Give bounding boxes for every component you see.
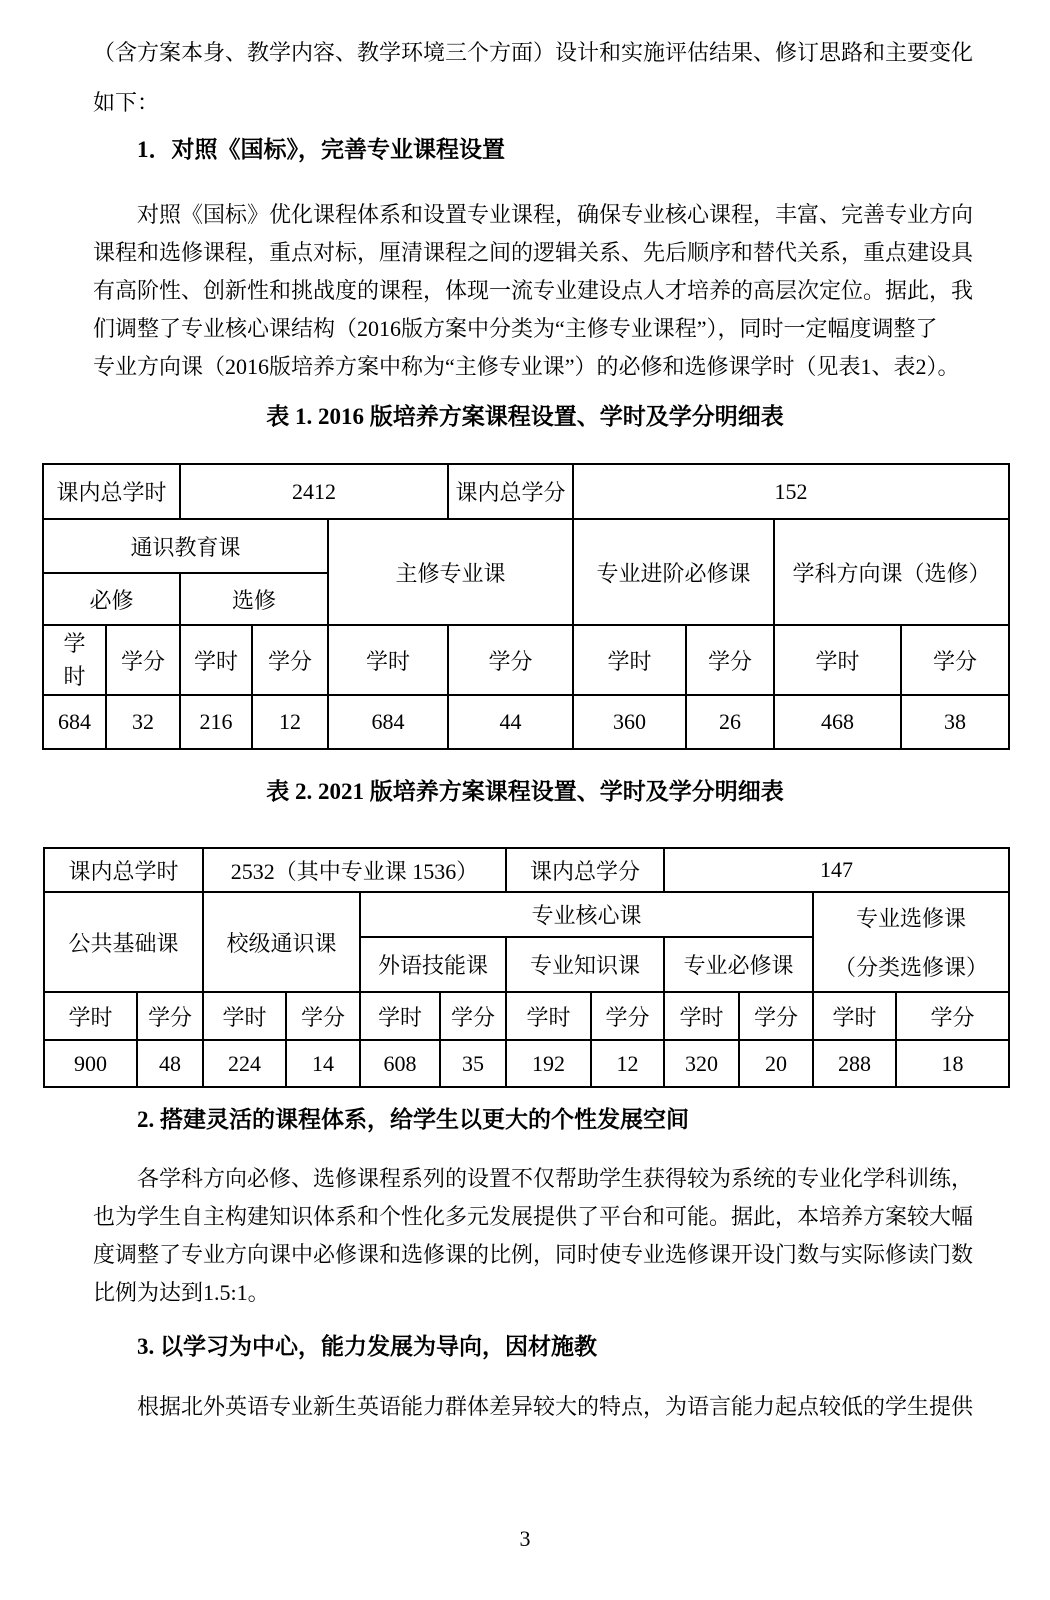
t2-value-cell: 192	[506, 1040, 591, 1087]
t2-sub-foreign-skills: 外语技能课	[360, 937, 506, 992]
t1-group-advanced-required: 专业进阶必修课	[573, 519, 774, 625]
t1-header-credits: 学分	[252, 625, 328, 695]
t2-header-hours: 学时	[664, 992, 739, 1040]
t2-header-hours: 学时	[813, 992, 896, 1040]
t2-major-elective-line2: （分类选修课）	[834, 951, 988, 982]
table-1: 课内总学时 2412 课内总学分 152 通识教育课 主修专业课 专业进阶必修课…	[42, 463, 1010, 750]
t2-group-major-core: 专业核心课	[360, 892, 813, 937]
t2-value-cell: 320	[664, 1040, 739, 1087]
t2-header-hours: 学时	[203, 992, 286, 1040]
section-3-heading: 3. 以学习为中心，能力发展为导向，因材施教	[137, 1328, 597, 1361]
t2-value-cell: 35	[440, 1040, 506, 1087]
t2-header-credits: 学分	[591, 992, 664, 1040]
t2-value-cell: 224	[203, 1040, 286, 1087]
t1-total-hours-value: 2412	[180, 464, 448, 519]
t1-value-cell: 360	[573, 695, 686, 749]
t2-value-cell: 900	[44, 1040, 137, 1087]
t2-total-credits-label: 课内总学分	[506, 848, 664, 892]
section-2-heading: 2. 搭建灵活的课程体系，给学生以更大的个性发展空间	[137, 1101, 689, 1134]
t2-value-cell: 18	[896, 1040, 1009, 1087]
section-1-heading: 1．对照《国标》，完善专业课程设置	[137, 131, 505, 164]
t1-value-cell: 32	[106, 695, 180, 749]
t2-header-hours: 学时	[44, 992, 137, 1040]
t2-group-major-elective-lines: 专业选修课 （分类选修课）	[816, 902, 1006, 982]
t1-group-general-ed: 通识教育课	[43, 519, 328, 573]
t2-header-credits: 学分	[739, 992, 813, 1040]
section-3-paragraph: 根据北外英语专业新生英语能力群体差异较大的特点，为语言能力起点较低的学生提供	[93, 1388, 961, 1426]
page-number: 3	[0, 1526, 1050, 1552]
t1-value-cell: 684	[328, 695, 448, 749]
t2-value-cell: 14	[286, 1040, 360, 1087]
t1-value-cell: 44	[448, 695, 573, 749]
t2-header-hours: 学时	[360, 992, 440, 1040]
t1-header-hours-text: 学时	[63, 627, 86, 693]
t2-group-major-elective: 专业选修课 （分类选修课）	[813, 892, 1009, 992]
t2-header-credits: 学分	[286, 992, 360, 1040]
document-page: （含方案本身、教学内容、教学环境三个方面）设计和实施评估结果、修订思路和主要变化…	[0, 0, 1050, 1600]
t2-value-cell: 608	[360, 1040, 440, 1087]
t1-sub-elective: 选修	[180, 573, 328, 625]
t1-header-hours: 学时	[43, 625, 106, 695]
t2-header-credits: 学分	[440, 992, 506, 1040]
t1-header-credits: 学分	[901, 625, 1009, 695]
t1-value-cell: 468	[774, 695, 901, 749]
t1-value-cell: 12	[252, 695, 328, 749]
t2-value-cell: 12	[591, 1040, 664, 1087]
t1-header-credits: 学分	[448, 625, 573, 695]
section-2-paragraph: 各学科方向必修、选修课程系列的设置不仅帮助学生获得较为系统的专业化学科训练，也为…	[93, 1160, 961, 1312]
t2-group-public-basic: 公共基础课	[44, 892, 203, 992]
t2-sub-major-required: 专业必修课	[664, 937, 813, 992]
t1-group-direction-elective: 学科方向课（选修）	[774, 519, 1009, 625]
t2-total-credits-value: 147	[664, 848, 1009, 892]
t2-total-hours-label: 课内总学时	[44, 848, 203, 892]
t1-header-hours: 学时	[328, 625, 448, 695]
t2-value-cell: 20	[739, 1040, 813, 1087]
t1-header-credits: 学分	[686, 625, 774, 695]
t2-value-cell: 48	[137, 1040, 203, 1087]
t1-value-cell: 38	[901, 695, 1009, 749]
t1-header-hours: 学时	[774, 625, 901, 695]
t1-value-cell: 216	[180, 695, 252, 749]
table-2-title: 表 2. 2021 版培养方案课程设置、学时及学分明细表	[0, 773, 1050, 806]
t1-value-cell: 684	[43, 695, 106, 749]
t2-value-cell: 288	[813, 1040, 896, 1087]
t1-header-hours: 学时	[180, 625, 252, 695]
t1-header-hours: 学时	[573, 625, 686, 695]
t2-header-credits: 学分	[137, 992, 203, 1040]
table-2: 课内总学时 2532（其中专业课 1536） 课内总学分 147 公共基础课 校…	[43, 847, 1010, 1088]
t1-total-hours-label: 课内总学时	[43, 464, 180, 519]
t1-value-cell: 26	[686, 695, 774, 749]
section-1-paragraph: 对照《国标》优化课程体系和设置专业课程，确保专业核心课程，丰富、完善专业方向课程…	[93, 196, 961, 386]
t2-header-hours: 学时	[506, 992, 591, 1040]
t1-sub-required: 必修	[43, 573, 180, 625]
t1-total-credits-value: 152	[573, 464, 1009, 519]
t1-total-credits-label: 课内总学分	[448, 464, 573, 519]
table-1-title: 表 1. 2016 版培养方案课程设置、学时及学分明细表	[0, 398, 1050, 431]
t2-major-elective-line1: 专业选修课	[856, 902, 966, 933]
t1-group-major-core: 主修专业课	[328, 519, 573, 625]
t2-header-credits: 学分	[896, 992, 1009, 1040]
intro-paragraph: （含方案本身、教学内容、教学环境三个方面）设计和实施评估结果、修订思路和主要变化…	[93, 28, 961, 128]
t1-header-credits: 学分	[106, 625, 180, 695]
t2-total-hours-value: 2532（其中专业课 1536）	[203, 848, 506, 892]
t2-sub-major-knowledge: 专业知识课	[506, 937, 664, 992]
t2-group-university-general: 校级通识课	[203, 892, 360, 992]
